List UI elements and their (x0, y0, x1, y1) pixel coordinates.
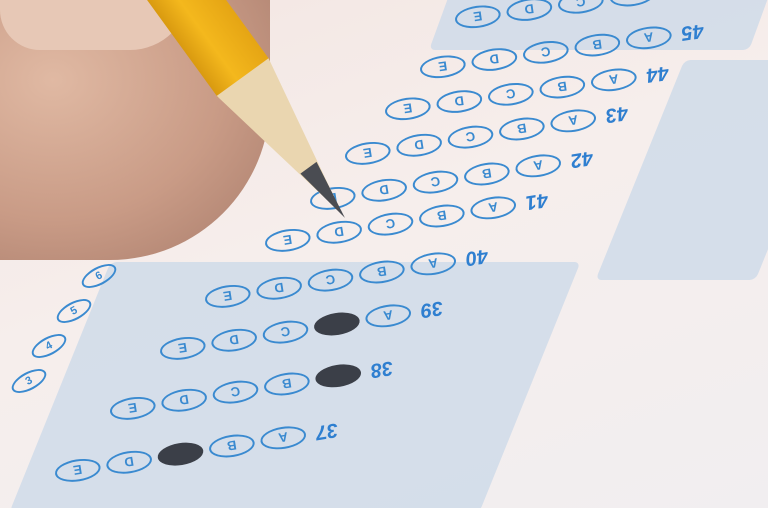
question-number: 37 (314, 417, 340, 443)
bubble-41-B[interactable]: B (417, 201, 466, 230)
bubble-44-B[interactable]: B (538, 72, 587, 100)
question-number: 40 (464, 243, 490, 269)
bubble-42-B[interactable]: B (462, 159, 511, 188)
bubble-45-B[interactable]: B (573, 30, 622, 58)
bubble-44-E[interactable]: E (383, 94, 432, 122)
question-number: 38 (369, 355, 395, 381)
question-number: 45 (680, 18, 705, 44)
bubble-45-E[interactable]: E (418, 52, 467, 80)
question-number: 39 (419, 295, 445, 321)
bubble-44-C[interactable]: C (486, 80, 535, 108)
bubble-42-C[interactable]: C (411, 167, 460, 196)
bubble-43-B[interactable]: B (497, 114, 546, 143)
bubble-43-E[interactable]: E (343, 138, 392, 167)
bubble-43-C[interactable]: C (446, 122, 495, 151)
question-number: 41 (524, 187, 550, 213)
shaded-panel-right (596, 60, 768, 280)
bubble-44-D[interactable]: D (435, 87, 484, 115)
bubble-43-D[interactable]: D (395, 130, 444, 159)
question-number: 42 (569, 145, 595, 171)
bubble[interactable]: 5 (53, 294, 95, 328)
bubble-45-D[interactable]: D (470, 45, 519, 73)
bubble-44-A[interactable]: A (589, 65, 638, 93)
bubble[interactable]: 6 (78, 259, 120, 293)
bubble-41-E[interactable]: E (263, 225, 312, 254)
bubble[interactable]: 3 (8, 364, 50, 398)
bubble-43-A[interactable]: A (549, 106, 598, 135)
question-number: 43 (604, 100, 630, 126)
bubble-45-C[interactable]: C (521, 38, 570, 66)
question-number: 44 (645, 60, 670, 86)
bubble[interactable]: 4 (28, 329, 70, 363)
bubble-41-A[interactable]: A (469, 193, 518, 222)
bubble-42-A[interactable]: A (514, 151, 563, 180)
